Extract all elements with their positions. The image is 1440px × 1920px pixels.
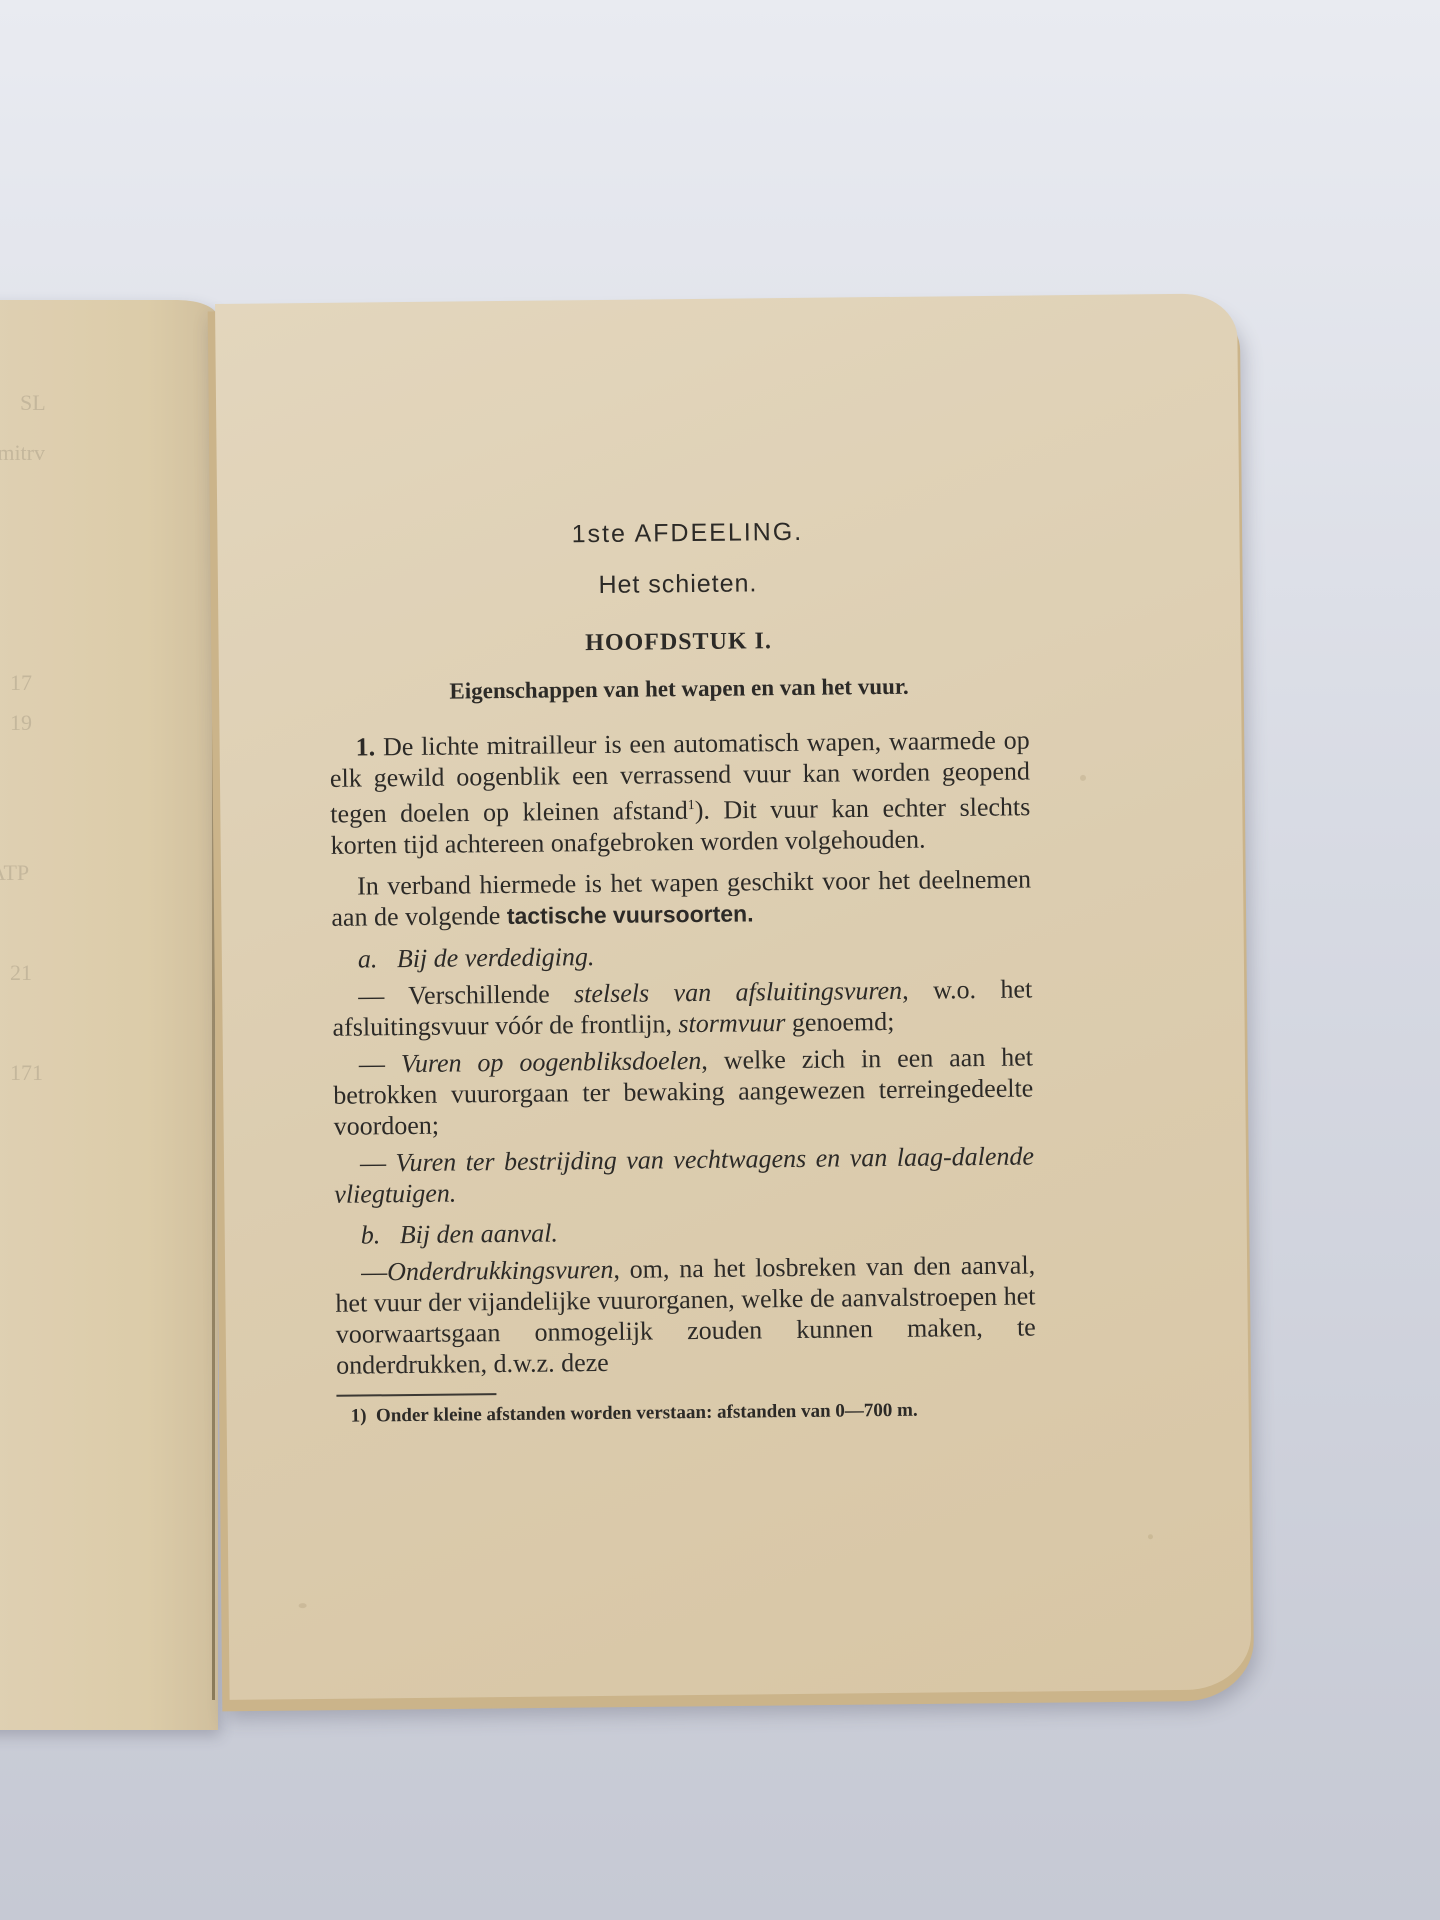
paragraph-1: 1. De lichte mitrailleur is een automati…: [329, 724, 1030, 860]
chapter-heading: HOOFDSTUK I.: [328, 625, 1028, 659]
paragraph-2: In verband hiermede is het wapen geschik…: [331, 863, 1032, 933]
dash: —: [359, 1049, 385, 1078]
item-emphasis: stormvuur: [678, 1008, 785, 1038]
list-item-a2: — Vuren op oogenbliksdoelen, welke zich …: [333, 1041, 1034, 1141]
page-text: 1ste AFDEELING. Het schieten. HOOFDSTUK …: [327, 516, 1036, 1429]
subsection-a-title: Bij de verdediging.: [397, 942, 595, 973]
dash: —: [358, 981, 384, 1010]
dash: —: [360, 1148, 386, 1177]
item-emphasis: Vuren ter bestrijding van vechtwagens en…: [334, 1141, 1034, 1208]
bleed-through-text: 19: [10, 710, 32, 736]
list-item-b1: —Onderdrukkingsvuren, om, na het losbrek…: [335, 1249, 1036, 1380]
paragraph-number: 1.: [355, 732, 375, 761]
subsection-b-title: Bij den aanval.: [400, 1218, 558, 1249]
left-page: (mitrv SL 17 19 ATP 21 171: [0, 300, 218, 1730]
photo-background: { "left_page": { "ghost_marks": ["(mitrv…: [0, 0, 1440, 1920]
section-subtitle: Het schieten.: [328, 567, 1028, 603]
section-title: AFDEELING.: [634, 518, 803, 548]
footnote: 1) Onder kleine afstanden worden verstaa…: [337, 1397, 1037, 1428]
chapter-title: Eigenschappen van het wapen en van het v…: [329, 672, 1029, 705]
bleed-through-text: 171: [10, 1060, 43, 1086]
item-emphasis: Onderdrukkingsvuren: [387, 1255, 614, 1286]
bleed-through-text: SL: [20, 390, 46, 416]
footnote-divider: [336, 1393, 496, 1397]
footnote-marker: 1): [351, 1405, 367, 1426]
list-item-a3: — Vuren ter bestrijding van vechtwagens …: [334, 1140, 1035, 1209]
item-emphasis: stelsels van afsluitingsvuren: [574, 975, 902, 1007]
section-heading: 1ste AFDEELING.: [327, 516, 1027, 552]
bleed-through-text: 21: [10, 960, 32, 986]
paper-speck: [1148, 1534, 1153, 1539]
paper-speck: [1080, 775, 1086, 781]
tactical-fire-types: tactische vuursoorten.: [507, 900, 754, 929]
dash: —: [361, 1257, 387, 1286]
subsection-b-label: b.: [361, 1220, 381, 1249]
bleed-through-text: ATP: [0, 860, 29, 886]
right-page: 1ste AFDEELING. Het schieten. HOOFDSTUK …: [215, 293, 1252, 1700]
list-item-a1: — Verschillende stelsels van afsluitings…: [332, 973, 1033, 1042]
paper-speck: [299, 1603, 307, 1608]
footnote-text: Onder kleine afstanden worden verstaan: …: [376, 1399, 918, 1426]
item-text: genoemd;: [785, 1007, 894, 1037]
section-prefix: 1ste: [572, 520, 628, 549]
subsection-a-label: a.: [358, 944, 378, 973]
bleed-through-text: (mitrv: [0, 440, 45, 466]
bleed-through-text: 17: [10, 670, 32, 696]
item-text: Verschillende: [408, 979, 574, 1010]
item-emphasis: Vuren op oogenbliksdoelen: [401, 1046, 702, 1078]
subsection-b-heading: b. Bij den aanval.: [335, 1212, 1035, 1250]
subsection-a-heading: a. Bij de verdediging.: [332, 936, 1032, 974]
